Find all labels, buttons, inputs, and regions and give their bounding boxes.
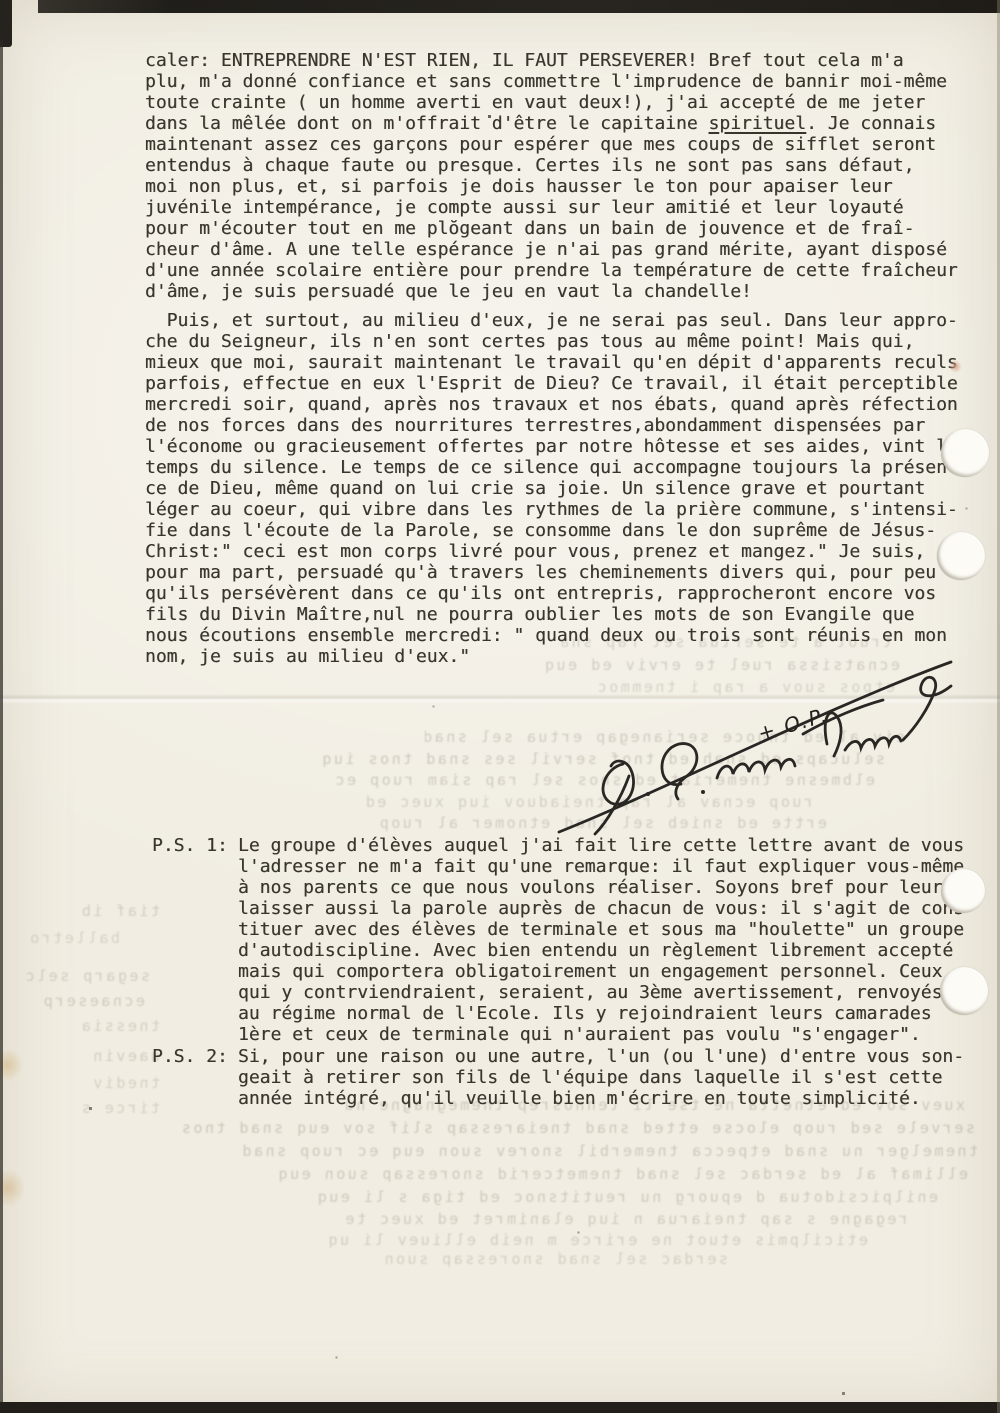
text-line: geait à retirer son fils de l'équipe dan… <box>238 1067 964 1088</box>
bleedthrough-text: ellimaf al ed serdac sel snad tnemetceri… <box>103 1166 968 1183</box>
text-line: laisser aussi la parole auprès de chacun… <box>238 898 975 919</box>
text-line: au régime normal de l'Ecole. Ils y rejoi… <box>238 1003 975 1024</box>
signature-block: + O.P. <box>545 646 965 841</box>
postscript-2-text: Si, pour une raison ou une autre, l'un (… <box>238 1046 964 1109</box>
bleedthrough-text: regagne s sap tneiarua n iuq elanimret e… <box>83 1211 908 1228</box>
bleedthrough-text: balletro <box>0 930 120 947</box>
text-line: dans la mêlée dont on m'offrait d'être l… <box>145 113 958 134</box>
bleedthrough-text: uaevin <box>60 1048 160 1065</box>
text-line: fils du Divin Maître,nul ne pourra oubli… <box>145 604 958 625</box>
text-line: année intégré, qu'il veuille bien m'écri… <box>238 1088 964 1109</box>
bleedthrough-text: enilpicsidotua d epuorg nu reutitsnoc ed… <box>93 1189 938 1206</box>
punch-hole <box>940 967 988 1015</box>
text-line: nous écoutions ensemble mercredi: " quan… <box>145 625 958 646</box>
postscript-1-label: P.S. 1: <box>152 835 228 856</box>
text-line: 1ère et ceux de terminale qui n'auraient… <box>238 1024 975 1045</box>
letter-paragraph-2: Puis, et surtout, au milieu d'eux, je ne… <box>145 310 958 667</box>
bleedthrough-text: servele sed ruop elocse etted snad tneia… <box>140 1120 975 1137</box>
bleedthrough-text: serdac sel snad snoressap suon <box>128 1251 728 1268</box>
bleedthrough-text: tirce s <box>60 1100 160 1117</box>
postscript-1: P.S. 1: Le groupe d'élèves auquel j'ai f… <box>152 835 975 1045</box>
text-line: caler: ENTREPRENDRE N'EST RIEN, IL FAUT … <box>145 50 958 71</box>
text-line: de nos forces dans des nourritures terre… <box>145 415 958 436</box>
text-line: mais qui comportera obligatoirement un e… <box>238 961 975 982</box>
bleedthrough-text: tiaf ib <box>55 903 160 920</box>
text-line: qui y contrviendraient, seraient, au 3èm… <box>238 982 975 1003</box>
text-line: toute crainte ( un homme averti en vaut … <box>145 92 958 113</box>
text-line: plu, m'a donné confiance et sans commett… <box>145 71 958 92</box>
text-line: pour ma part, persuadé qu'à travers les … <box>145 562 958 583</box>
text-line: maintenant assez ces garçons pour espére… <box>145 134 958 155</box>
text-line: Christ:" ceci est mon corps livré pour v… <box>145 541 958 562</box>
text-line: qu'ils persévèrent dans ce qu'ils ont en… <box>145 583 958 604</box>
paper-stain <box>0 1048 22 1082</box>
signature-autograph <box>545 646 965 841</box>
text-line: Si, pour une raison ou une autre, l'un (… <box>238 1046 964 1067</box>
bleedthrough-text: tnediv <box>55 1075 160 1092</box>
text-line: l'économe ou gracieusement offertes par … <box>145 436 958 457</box>
text-line: mercredi soir, quand, après nos travaux … <box>145 394 958 415</box>
text-line: cheur d'âme. A une telle espérance je n'… <box>145 239 958 260</box>
letter-paragraph-1: caler: ENTREPRENDRE N'EST RIEN, IL FAUT … <box>145 50 958 302</box>
text-line: juvénile intempérance, je compte aussi s… <box>145 197 958 218</box>
text-line: fie dans l'écoute de la Parole, se conso… <box>145 520 958 541</box>
text-line: à nos parents ce que nous voulons réalis… <box>238 877 975 898</box>
paper-stain <box>949 360 962 373</box>
text-line: d'autodiscipline. Avec bien entendu un r… <box>238 940 975 961</box>
text-line: léger au coeur, qui vibre dans les rythm… <box>145 499 958 520</box>
scan-edge-bottom <box>0 1402 1000 1413</box>
scan-edge-left <box>0 40 3 1402</box>
text-line: entendus à chaque faute ou presque. Cert… <box>145 155 958 176</box>
punch-hole <box>937 532 985 580</box>
text-line: d'une année scolaire entière pour prendr… <box>145 260 958 281</box>
text-line: Puis, et surtout, au milieu d'eux, je ne… <box>145 310 958 331</box>
postscript-1-text: Le groupe d'élèves auquel j'ai fait lire… <box>238 835 975 1045</box>
text-line: moi non plus, et, si parfois je dois hau… <box>145 176 958 197</box>
postscript-2-label: P.S. 2: <box>152 1046 228 1067</box>
bleedthrough-text: tnessia <box>55 1018 160 1035</box>
text-line: mieux que moi, saurait maintenant le tra… <box>145 352 958 373</box>
text-line: d'âme, je suis persuadé que le jeu en va… <box>145 281 958 302</box>
bleedthrough-text: eticilpmis etuot ne erirce m neib elliue… <box>78 1232 868 1249</box>
text-line: parfois, effectue en eux l'Esprit de Die… <box>145 373 958 394</box>
text-line: tituer avec des élèves de terminale et s… <box>238 919 975 940</box>
text-line: che du Seigneur, ils n'en sont certes pa… <box>145 331 958 352</box>
bleedthrough-text: ecnaeserp <box>0 993 145 1010</box>
text-line: Le groupe d'élèves auquel j'ai fait lire… <box>238 835 975 856</box>
postscript-2: P.S. 2: Si, pour une raison ou une autre… <box>152 1046 964 1109</box>
bleedthrough-text: tnemelger nu snad etpecca tnemerbil snor… <box>118 1143 978 1160</box>
text-line: pour m'écouter tout en me plŏgeant dans … <box>145 218 958 239</box>
punch-hole <box>941 429 989 477</box>
text-line: l'adresser ne m'a fait qu'une remarque: … <box>238 856 975 877</box>
bleedthrough-text: segarp selc <box>0 968 150 985</box>
text-line: temps du silence. Le temps de ce silence… <box>145 457 958 478</box>
text-line: ce de Dieu, même quand on lui crie sa jo… <box>145 478 958 499</box>
scanned-letter-page: truot a te sertua sel rap snadecnatsissa… <box>0 0 1000 1413</box>
punch-hole <box>941 869 985 913</box>
paper-stain <box>0 1168 24 1208</box>
scan-edge-top <box>38 0 1000 13</box>
